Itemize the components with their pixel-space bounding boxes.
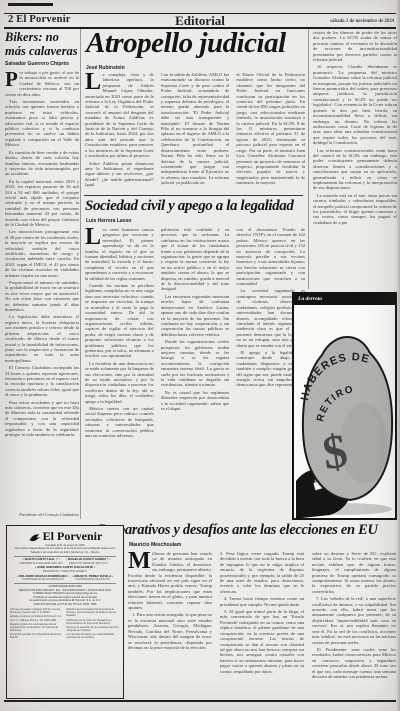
body-paragraph: con el documento 'Estado de derecho' (WJ… [236, 227, 305, 286]
body-paragraph: población está confiada y en procesos qu… [161, 227, 230, 292]
body-paragraph: 1. Para una visión sosegada, lo que pesa… [128, 612, 212, 650]
body-paragraph: La moneda está en el aire: entre jueces … [313, 193, 397, 225]
body-column: Con la salida de Zaldívar, AMLO fue estr… [161, 72, 230, 193]
dropcap: M [128, 552, 151, 571]
body-paragraph: el Diario Oficial de la Federación estab… [236, 72, 305, 186]
cartoon-title: La derrota [294, 294, 395, 305]
body-paragraph: La legislación debe armonizar el registr… [5, 314, 79, 363]
body-paragraph: La compleja, clara y de laboriosa apertu… [85, 72, 154, 159]
masthead-divider [14, 583, 116, 584]
masthead-founders: • JESÚS CANTÚ LEAL † • PRESIDENTE FUNDAD… [10, 558, 120, 565]
registration-mark [8, 3, 53, 6]
page-date: sábado 2 de noviembre de 2024 [330, 19, 394, 24]
masthead-fineprint: Oficinas Generales: Galeana 344 Sur, Cen… [10, 608, 120, 640]
bikers-byline: Salvador Guerrero Chiprés [5, 61, 69, 67]
body-paragraph: El Consejo Ciudadano acompaña las 24 hor… [5, 365, 79, 397]
body-paragraph: En la capital nacional, entre 2019 y 202… [5, 179, 79, 228]
body-paragraph: cesión de los dineros de poder de los ot… [313, 30, 397, 62]
fineprint-left: Oficinas Generales: Galeana 344 Sur, Cen… [10, 608, 64, 640]
sociedad-byline: Luis Herrera Lasso [86, 218, 131, 224]
masthead-line: Sábado 2 de noviembre de 2024, Monterrey… [10, 551, 120, 554]
body-paragraph: Al respecto, Claudia Sheinbaum se pronun… [313, 64, 397, 145]
masthead-logo: El Porvenir [10, 529, 120, 544]
dropcap: L [85, 228, 101, 247]
body-column: Los seres humanos somos gregarios por vo… [85, 227, 154, 522]
section-divider-rule [84, 195, 303, 196]
body-column: Millones de personas han votado ya de ma… [128, 551, 212, 697]
fineprint-right: Miembro de la Sociedad Interamericana de… [67, 608, 121, 640]
body-paragraph: Millones de personas han votado ya de ma… [128, 551, 212, 610]
body-column: el Diario Oficial de la Federación estab… [236, 72, 305, 193]
body-paragraph: 4. Tomar hacia tiempo extremo como un pr… [220, 596, 304, 607]
elecciones-headline: Preparativos y desafíos ante las eleccio… [98, 522, 378, 539]
atropello-body: La compleja, clara y de laboriosa apertu… [85, 72, 305, 193]
atropello-headline: Atropello judicial [86, 27, 286, 60]
body-paragraph: Sobre Zaldívar pesan denuncias ante la J… [85, 161, 154, 188]
body-paragraph: Para evitar accidentes y que no haya más… [5, 400, 79, 438]
body-paragraph: 2. Pese lógica viene cargada: Trump está… [220, 551, 304, 594]
body-paragraph: Los seres humanos somos gregarios por vo… [85, 227, 154, 281]
column-rule [80, 29, 81, 519]
founder-entry: • JESÚS CANTÚ LEAL † • PRESIDENTE FUNDAD… [19, 558, 63, 565]
body-paragraph: Es cuestión de bien común y de evitar du… [5, 150, 79, 177]
column-rule [308, 29, 309, 289]
sociedad-body: Los seres humanos somos gregarios por vo… [85, 227, 305, 522]
elecciones-body: Millones de personas han votado ya de ma… [128, 551, 396, 697]
body-paragraph: México cuenta con un capital social disp… [85, 406, 154, 438]
newspaper-page: 2 El Porvenir Editorial sábado 2 de novi… [0, 0, 400, 711]
dropcap: P [5, 71, 18, 88]
body-paragraph: Cuando las normas se perciben legítimas,… [85, 283, 154, 359]
body-paragraph: Las encuestas regionales muestran nivele… [161, 294, 230, 337]
body-paragraph: 10. Finalmente: sean cuales sean los res… [312, 647, 396, 679]
founder-entry: • ROGELIO CANTÚ GÓMEZ † • DIRECTOR GEREN… [66, 558, 111, 565]
body-paragraph: La fortaleza de una democracia no se mid… [85, 361, 154, 404]
body-paragraph: Las reformas constitucionales están fuer… [313, 148, 397, 191]
body-paragraph: Donde las organizaciones civiles prosper… [161, 339, 230, 388]
body-column: sobre su destino y Serie de EU; explotan… [312, 551, 396, 697]
masthead-editors: • ROLANDO MACÍAS RODRÍGUEZ • COORDINADOR… [10, 575, 120, 582]
masthead-contact: CONMUTADOR 8345-4080 REDACCIÓN 8345-4080… [10, 585, 120, 606]
editorial-cartoon: La derrota HABERES DE RETIRO $ [292, 292, 397, 520]
atropello-byline: José Rubinstein [86, 65, 125, 71]
body-paragraph: No es casual que los regímenes iliberale… [161, 390, 230, 412]
right-column: cesión de los dineros de poder de los ot… [313, 30, 397, 289]
bikers-signature: Presidente del Consejo Ciudadano [5, 512, 79, 517]
body-column: La compleja, clara y de laboriosa apertu… [85, 72, 154, 193]
dove-icon [28, 532, 41, 542]
elecciones-byline: Mauricio Meschoulam [129, 542, 181, 548]
editor-entry: • ROLANDO MACÍAS RODRÍGUEZ • COORDINADOR… [17, 575, 69, 582]
footer-rule [4, 700, 396, 702]
body-column: población está confiada y en procesos qu… [161, 227, 230, 522]
bikers-headline: Bikers: no más calaveras [5, 30, 79, 58]
editor-entry: • HIRAM R. PÉREZ DÁVILA • COORDINADOR DE… [72, 575, 113, 582]
body-paragraph: 5. Al igual que trancé parte de la litig… [220, 609, 304, 674]
body-paragraph: sobre su destino y Serie de EU; explotan… [312, 551, 396, 594]
body-paragraph: Tras incrementos sostenidos en relación … [5, 99, 79, 148]
dropcap: L [85, 73, 101, 92]
body-paragraph: Por trabajo o por gusto, el uso de la mo… [5, 70, 79, 97]
body-paragraph: Proporcional al número de unidades, la p… [5, 280, 79, 312]
sociedad-headline: Sociedad civil y apego a la legalidad [85, 198, 294, 215]
masthead-logo-text: El Porvenir [43, 529, 103, 544]
masthead-box: El Porvenir Fundado el 31 de enero de 19… [6, 525, 124, 699]
body-column: 2. Pese lógica viene cargada: Trump está… [220, 551, 304, 697]
body-paragraph: Los motociclistas protagonizan casi el 3… [5, 229, 79, 278]
body-paragraph: 7. Los 'señales de la red', o una superf… [312, 596, 396, 645]
body-paragraph: Con la salida de Zaldívar, AMLO fue estr… [161, 72, 230, 186]
director-entry: • JOSÉ GERARDO CANTÚ ESCALANTE • PRESIDE… [10, 566, 120, 573]
bikers-body: Por trabajo o por gusto, el uso de la mo… [5, 70, 79, 510]
cartoon-illustration: HABERES DE RETIRO $ [294, 305, 395, 518]
